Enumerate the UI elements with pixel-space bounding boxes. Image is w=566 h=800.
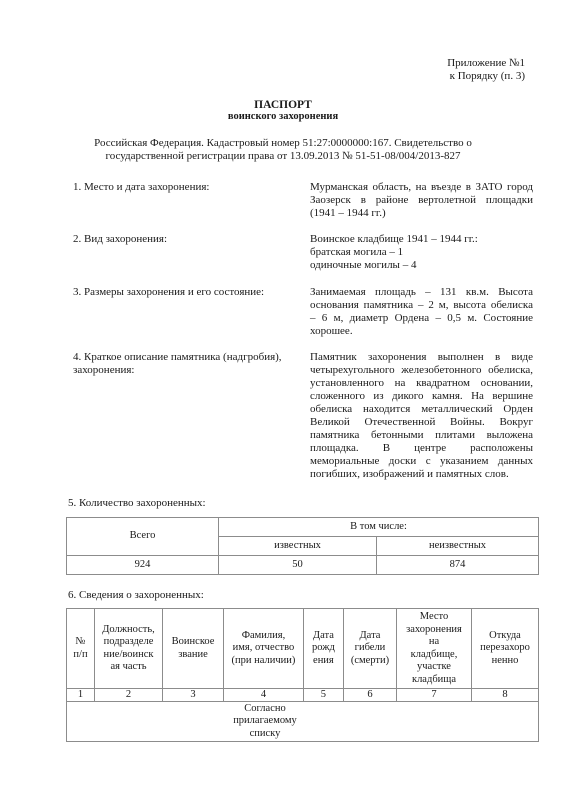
section-label-1: 1. Место и дата захоронения:	[73, 181, 303, 194]
column-number-6: 6	[343, 689, 396, 702]
column-number-1: 1	[67, 689, 95, 702]
section-label-2: 2. Вид захоронения:	[73, 233, 303, 246]
appendix-note: Приложение №1 к Порядку (п. 3)	[447, 57, 525, 83]
document-title: ПАСПОРТ воинского захоронения	[0, 99, 566, 123]
intro-paragraph: Российская Федерация. Кадастровый номер …	[60, 137, 506, 163]
column-header-5: Датарождения	[303, 609, 343, 689]
value-unknown: 874	[377, 556, 539, 575]
header-unknown: неизвестных	[377, 537, 539, 556]
section-value-2: Воинское кладбище 1941 – 1944 гг.:братск…	[310, 233, 533, 272]
column-header-4: Фамилия,имя, отчество(при наличии)	[224, 609, 304, 689]
column-number-7: 7	[397, 689, 472, 702]
attached-list-note: Согласноприлагаемомусписку	[67, 702, 539, 742]
section-label-4: 4. Краткое описание памятника (надгробия…	[73, 351, 303, 377]
value-total: 924	[67, 556, 219, 575]
column-header-1: №п/п	[67, 609, 95, 689]
column-number-2: 2	[94, 689, 162, 702]
appendix-line1: Приложение №1	[447, 57, 525, 70]
section-value-1: Мурманская область, на въезде в ЗАТО гор…	[310, 181, 533, 220]
header-total: Всего	[67, 518, 219, 556]
value-known: 50	[219, 556, 377, 575]
column-header-2: Должность,подразделение/воинская часть	[94, 609, 162, 689]
section-value-3: Занимаемая площадь – 131 кв.м. Высотаосн…	[310, 286, 533, 338]
column-header-7: Местозахоронениянакладбище,участкекладби…	[397, 609, 472, 689]
column-number-8: 8	[471, 689, 538, 702]
section-label-3: 3. Размеры захоронения и его состояние:	[73, 286, 303, 299]
column-number-5: 5	[303, 689, 343, 702]
header-including: В том числе:	[219, 518, 539, 537]
details-section-title: 6. Сведения о захороненных:	[68, 589, 204, 602]
appendix-line2: к Порядку (п. 3)	[447, 70, 525, 83]
column-number-row: 12345678	[67, 689, 539, 702]
table-row: Согласноприлагаемомусписку	[67, 702, 539, 742]
burial-count-table: Всего В том числе: известных неизвестных…	[66, 517, 539, 575]
title-main: ПАСПОРТ	[0, 99, 566, 111]
column-header-8: Откудаперезахороненно	[471, 609, 538, 689]
table-header-row: №п/пДолжность,подразделение/воинская час…	[67, 609, 539, 689]
intro-line1: Российская Федерация. Кадастровый номер …	[60, 137, 506, 150]
column-number-3: 3	[163, 689, 224, 702]
column-header-6: Датагибели(смерти)	[343, 609, 396, 689]
header-known: известных	[219, 537, 377, 556]
title-sub: воинского захоронения	[0, 111, 566, 123]
section-value-4: Памятник захоронения выполнен в видечеты…	[310, 351, 533, 481]
intro-line2: государственной регистрации права от 13.…	[60, 150, 506, 163]
column-header-3: Воинскоезвание	[163, 609, 224, 689]
column-number-4: 4	[224, 689, 304, 702]
buried-details-table: №п/пДолжность,подразделение/воинская час…	[66, 608, 539, 742]
count-section-title: 5. Количество захороненных:	[68, 497, 206, 510]
